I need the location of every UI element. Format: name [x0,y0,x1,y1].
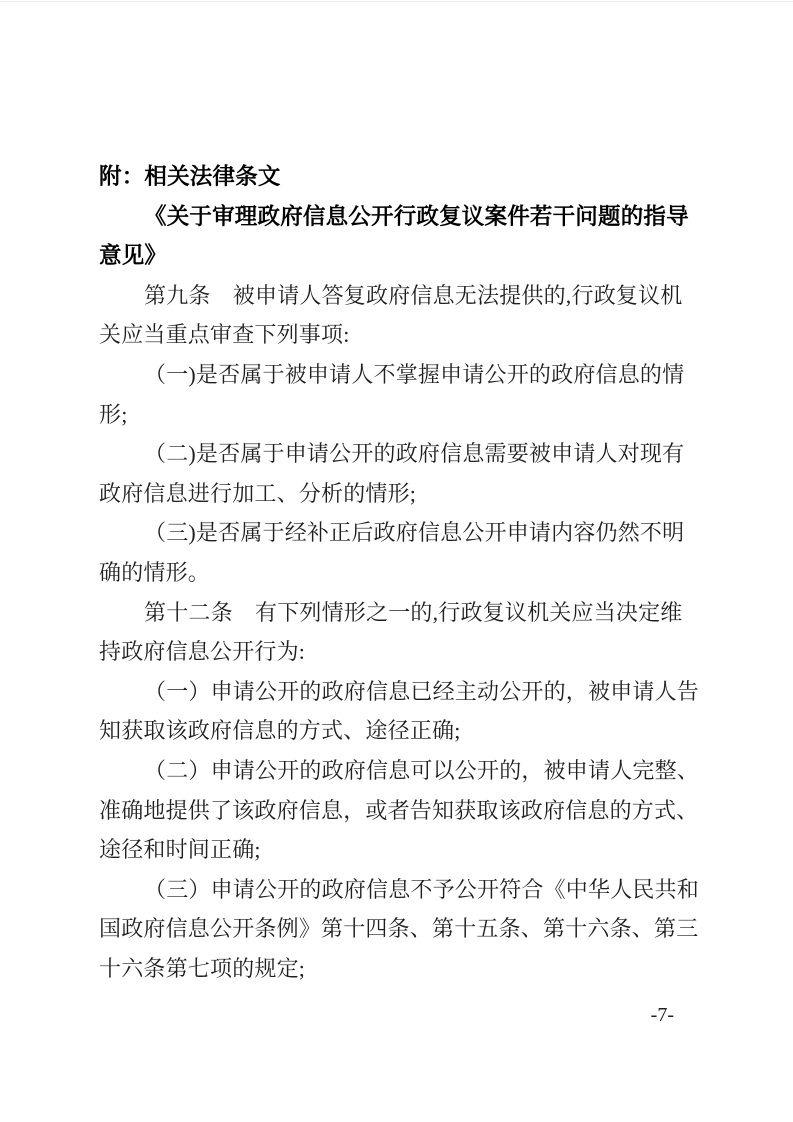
text-line: 持政府信息公开行为: [99,632,699,672]
heading-line: 《关于审理政府信息公开行政复议案件若干问题的指导 [99,197,699,237]
heading-line: 附：相关法律条文 [99,157,699,197]
text-line: 十六条第七项的规定; [99,949,699,989]
text-line: （一)是否属于被申请人不掌握申请公开的政府信息的情 [99,355,699,395]
page-number: -7- [651,1003,674,1027]
text-line: 第九条 被申请人答复政府信息无法提供的,行政复议机 [99,276,699,316]
heading-line: 意见》 [99,236,699,276]
text-line: 政府信息进行加工、分析的情形; [99,474,699,514]
text-line: 知获取该政府信息的方式、途径正确; [99,711,699,751]
text-line: （三）申请公开的政府信息不予公开符合《中华人民共和 [99,870,699,910]
text-line: 国政府信息公开条例》第十四条、第十五条、第十六条、第三 [99,909,699,949]
text-line: （三)是否属于经补正后政府信息公开申请内容仍然不明 [99,513,699,553]
text-line: 关应当重点审查下列事项: [99,315,699,355]
document-body: 附：相关法律条文《关于审理政府信息公开行政复议案件若干问题的指导意见》第九条 被… [99,157,699,988]
page-top-edge-line [0,1,793,2]
text-line: （二)是否属于申请公开的政府信息需要被申请人对现有 [99,434,699,474]
document-page: 附：相关法律条文《关于审理政府信息公开行政复议案件若干问题的指导意见》第九条 被… [0,0,793,1122]
text-line: 途径和时间正确; [99,830,699,870]
text-line: （一）申请公开的政府信息已经主动公开的，被申请人告 [99,672,699,712]
text-line: 确的情形。 [99,553,699,593]
text-line: 形; [99,395,699,435]
text-line: （二）申请公开的政府信息可以公开的，被申请人完整、 [99,751,699,791]
text-line: 准确地提供了该政府信息，或者告知获取该政府信息的方式、 [99,791,699,831]
text-line: 第十二条 有下列情形之一的,行政复议机关应当决定维 [99,593,699,633]
